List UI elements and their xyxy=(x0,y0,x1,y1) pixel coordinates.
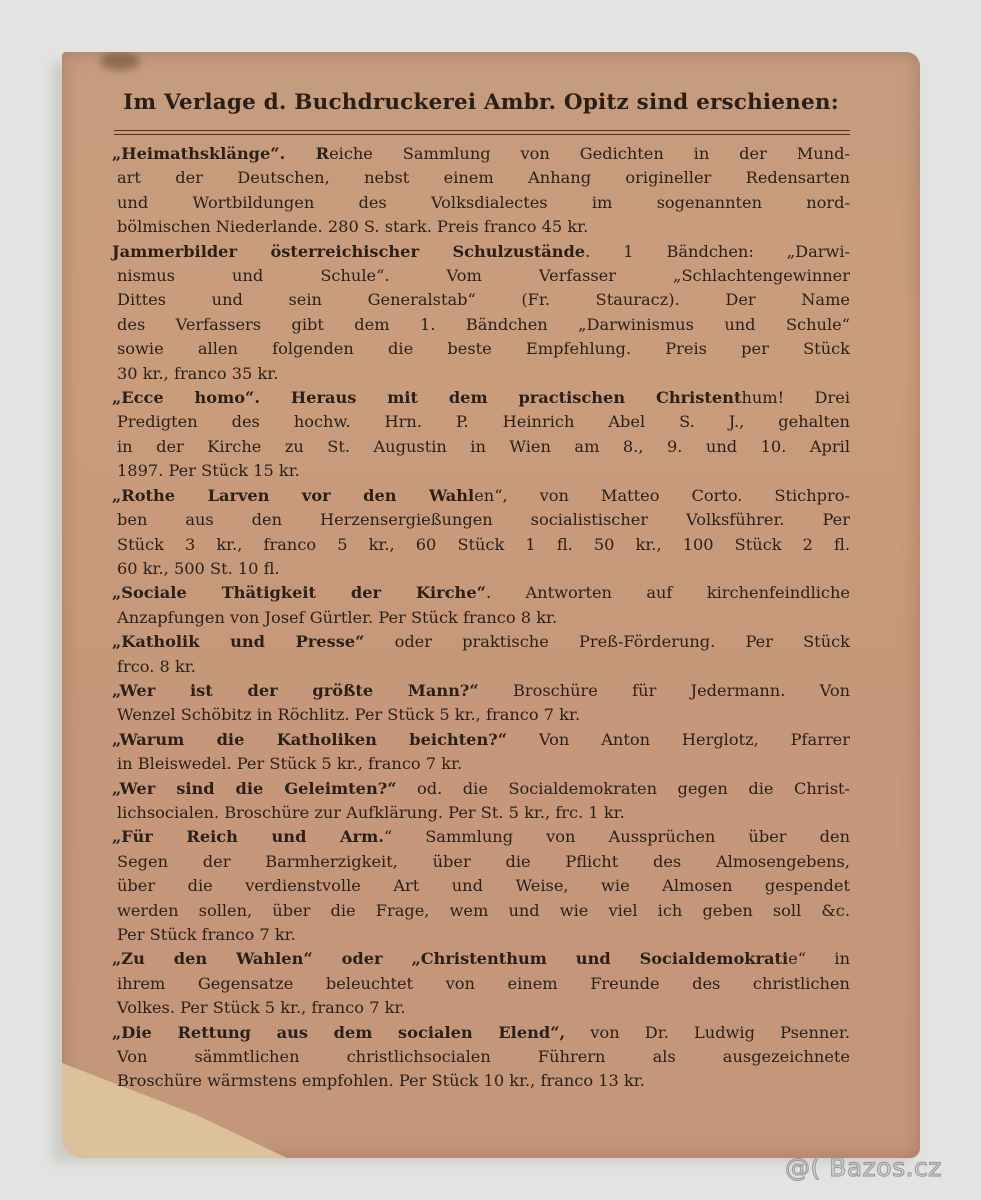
publication-entry: Jammerbilder österreichischer Schulzustä… xyxy=(112,240,850,386)
publication-entry: „Wer sind die Geleimten?“ od. die Social… xyxy=(112,777,850,826)
entry-line: ihrem Gegensatze beleuchtet von einem Fr… xyxy=(117,972,850,996)
publication-entry: „Warum die Katholiken beichten?“ Von Ant… xyxy=(112,728,850,777)
entry-title: „Sociale Thätigkeit der Kirche“ xyxy=(112,583,486,602)
entry-title: „Wer ist der größte Mann?“ xyxy=(112,681,479,700)
entry-line: ben aus den Herzensergießungen socialist… xyxy=(117,508,850,532)
paper-stain xyxy=(100,52,140,70)
publication-entry: „Rothe Larven vor den Wahlen“, von Matte… xyxy=(112,484,850,582)
entry-line: Segen der Barmherzigkeit, über die Pflic… xyxy=(117,850,850,874)
publication-entry: „Sociale Thätigkeit der Kirche“. Antwort… xyxy=(112,581,850,630)
entry-line: bölmischen Niederlande. 280 S. stark. Pr… xyxy=(117,215,850,239)
entry-line: „Wer sind die Geleimten?“ od. die Social… xyxy=(117,777,850,801)
entry-title: „Heimathsklänge“. R xyxy=(112,144,329,163)
entry-line: über die verdienstvolle Art und Weise, w… xyxy=(117,874,850,898)
entry-line: „Die Rettung aus dem socialen Elend“, vo… xyxy=(117,1021,850,1045)
entry-line: und Wortbildungen des Volksdialectes im … xyxy=(117,191,850,215)
entry-line: „Wer ist der größte Mann?“ Broschüre für… xyxy=(117,679,850,703)
entry-line: in der Kirche zu St. Augustin in Wien am… xyxy=(117,435,850,459)
entry-title: Jammerbilder österreichischer Schulzustä… xyxy=(112,242,585,261)
entry-line: Volkes. Per Stück 5 kr., franco 7 kr. xyxy=(117,996,850,1020)
entry-line: Dittes und sein Generalstab“ (Fr. Staura… xyxy=(117,288,850,312)
page-heading: Im Verlage d. Buchdruckerei Ambr. Opitz … xyxy=(112,90,850,115)
entry-title: „Zu den Wahlen“ oder „Christenthum und S… xyxy=(112,949,788,968)
entry-line: „Heimathsklänge“. Reiche Sammlung von Ge… xyxy=(117,142,850,166)
entry-title: „Wer sind die Geleimten?“ xyxy=(112,779,397,798)
entry-line: „Für Reich und Arm.“ Sammlung von Ausspr… xyxy=(117,825,850,849)
entry-line: „Zu den Wahlen“ oder „Christenthum und S… xyxy=(117,947,850,971)
entry-line: frco. 8 kr. xyxy=(117,655,850,679)
entry-line: Per Stück franco 7 kr. xyxy=(117,923,850,947)
header-rule-bottom xyxy=(114,134,850,135)
publication-entry: „Wer ist der größte Mann?“ Broschüre für… xyxy=(112,679,850,728)
entry-title: „Für Reich und Arm. xyxy=(112,827,384,846)
publication-entry: „Für Reich und Arm.“ Sammlung von Ausspr… xyxy=(112,825,850,947)
entry-line: des Verfassers gibt dem 1. Bändchen „Dar… xyxy=(117,313,850,337)
entry-line: Wenzel Schöbitz in Röchlitz. Per Stück 5… xyxy=(117,703,850,727)
entry-line: lichsocialen. Broschüre zur Aufklärung. … xyxy=(117,801,850,825)
entry-line: Broschüre wärmstens empfohlen. Per Stück… xyxy=(117,1069,850,1093)
entry-line: „Ecce homo“. Heraus mit dem practischen … xyxy=(117,386,850,410)
entry-line: sowie allen folgenden die beste Empfehlu… xyxy=(117,337,850,361)
entry-title: „Ecce homo“. Heraus mit dem practischen … xyxy=(112,388,741,407)
printed-leaflet-page: Im Verlage d. Buchdruckerei Ambr. Opitz … xyxy=(62,52,920,1158)
entry-line: „Rothe Larven vor den Wahlen“, von Matte… xyxy=(117,484,850,508)
publication-list: „Heimathsklänge“. Reiche Sammlung von Ge… xyxy=(112,142,850,1094)
entry-line: „Katholik und Presse“ oder praktische Pr… xyxy=(117,630,850,654)
entry-line: 60 kr., 500 St. 10 fl. xyxy=(117,557,850,581)
entry-title: „Die Rettung aus dem socialen Elend“, xyxy=(112,1023,565,1042)
entry-title: „Katholik und Presse“ xyxy=(112,632,364,651)
entry-line: „Warum die Katholiken beichten?“ Von Ant… xyxy=(117,728,850,752)
publication-entry: „Katholik und Presse“ oder praktische Pr… xyxy=(112,630,850,679)
entry-line: werden sollen, über die Frage, wem und w… xyxy=(117,899,850,923)
publication-entry: „Ecce homo“. Heraus mit dem practischen … xyxy=(112,386,850,484)
publication-entry: „Heimathsklänge“. Reiche Sammlung von Ge… xyxy=(112,142,850,240)
entry-line: Stück 3 kr., franco 5 kr., 60 Stück 1 fl… xyxy=(117,533,850,557)
entry-line: Anzapfungen von Josef Gürtler. Per Stück… xyxy=(117,606,850,630)
header-rule-top xyxy=(114,130,850,131)
entry-line: Von sämmtlichen christlichsocialen Führe… xyxy=(117,1045,850,1069)
publication-entry: „Die Rettung aus dem socialen Elend“, vo… xyxy=(112,1021,850,1094)
entry-title: „Rothe Larven vor den Wahl xyxy=(112,486,474,505)
entry-line: 30 kr., franco 35 kr. xyxy=(117,362,850,386)
entry-line: nismus und Schule“. Vom Verfasser „Schla… xyxy=(117,264,850,288)
entry-title: „Warum die Katholiken beichten?“ xyxy=(112,730,507,749)
publication-entry: „Zu den Wahlen“ oder „Christenthum und S… xyxy=(112,947,850,1020)
entry-line: in Bleiswedel. Per Stück 5 kr., franco 7… xyxy=(117,752,850,776)
entry-line: Predigten des hochw. Hrn. P. Heinrich Ab… xyxy=(117,410,850,434)
entry-line: Jammerbilder österreichischer Schulzustä… xyxy=(117,240,850,264)
entry-line: „Sociale Thätigkeit der Kirche“. Antwort… xyxy=(117,581,850,605)
watermark: @( Bazos.cz xyxy=(785,1153,942,1182)
entry-line: art der Deutschen, nebst einem Anhang or… xyxy=(117,166,850,190)
entry-line: 1897. Per Stück 15 kr. xyxy=(117,459,850,483)
